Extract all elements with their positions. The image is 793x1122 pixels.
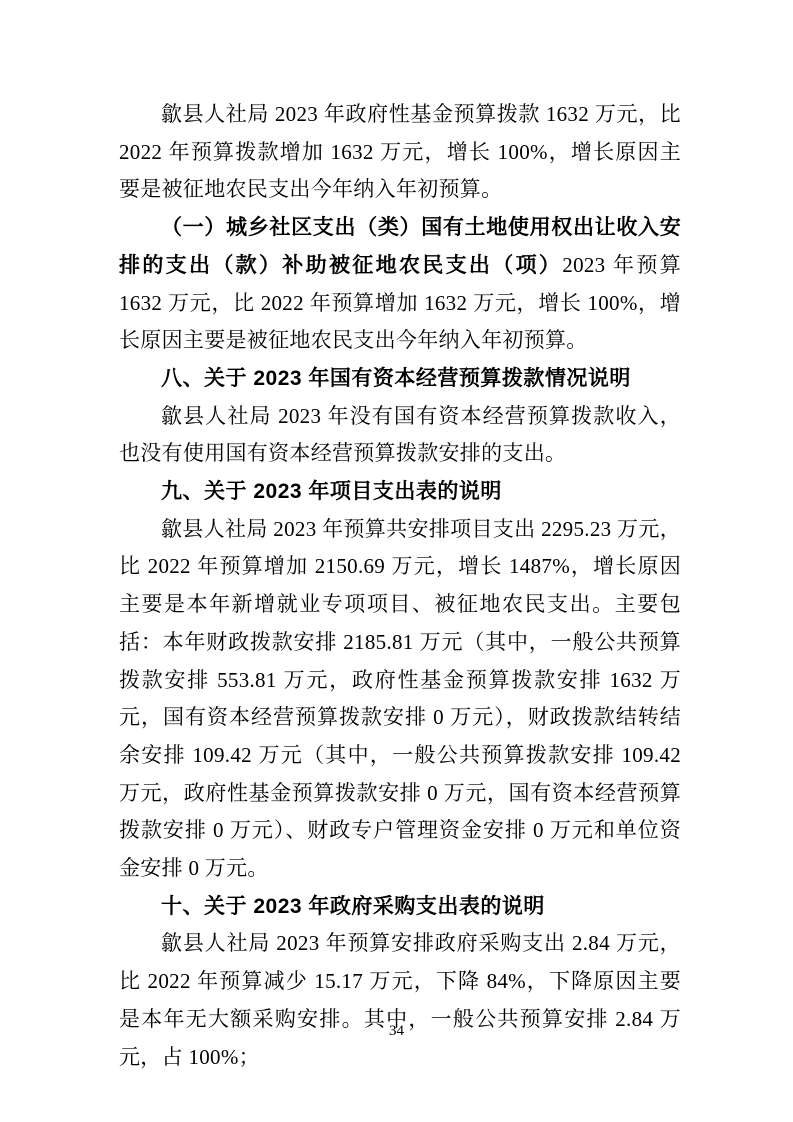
paragraph-state-capital-budget: 歙县人社局 2023 年没有国有资本经营预算拨款收入，也没有使用国有资本经营预算…: [119, 398, 681, 473]
paragraph-subitem-urban-rural-community: （一）城乡社区支出（类）国有土地使用权出让收入安排的支出（款）补助被征地农民支出…: [119, 209, 681, 360]
page-number: 34: [0, 1021, 793, 1041]
section-heading-10-gov-procurement: 十、关于 2023 年政府采购支出表的说明: [119, 888, 681, 926]
section-heading-8-state-capital-budget: 八、关于 2023 年国有资本经营预算拨款情况说明: [119, 360, 681, 398]
section-heading-9-project-expenditure: 九、关于 2023 年项目支出表的说明: [119, 473, 681, 511]
paragraph-gov-procurement: 歙县人社局 2023 年预算安排政府采购支出 2.84 万元，比 2022 年预…: [119, 925, 681, 1076]
paragraph-gov-fund-appropriation: 歙县人社局 2023 年政府性基金预算拨款 1632 万元，比 2022 年预算…: [119, 96, 681, 209]
document-page: 歙县人社局 2023 年政府性基金预算拨款 1632 万元，比 2022 年预算…: [119, 96, 681, 1076]
paragraph-project-expenditure: 歙县人社局 2023 年预算共安排项目支出 2295.23 万元，比 2022 …: [119, 511, 681, 888]
